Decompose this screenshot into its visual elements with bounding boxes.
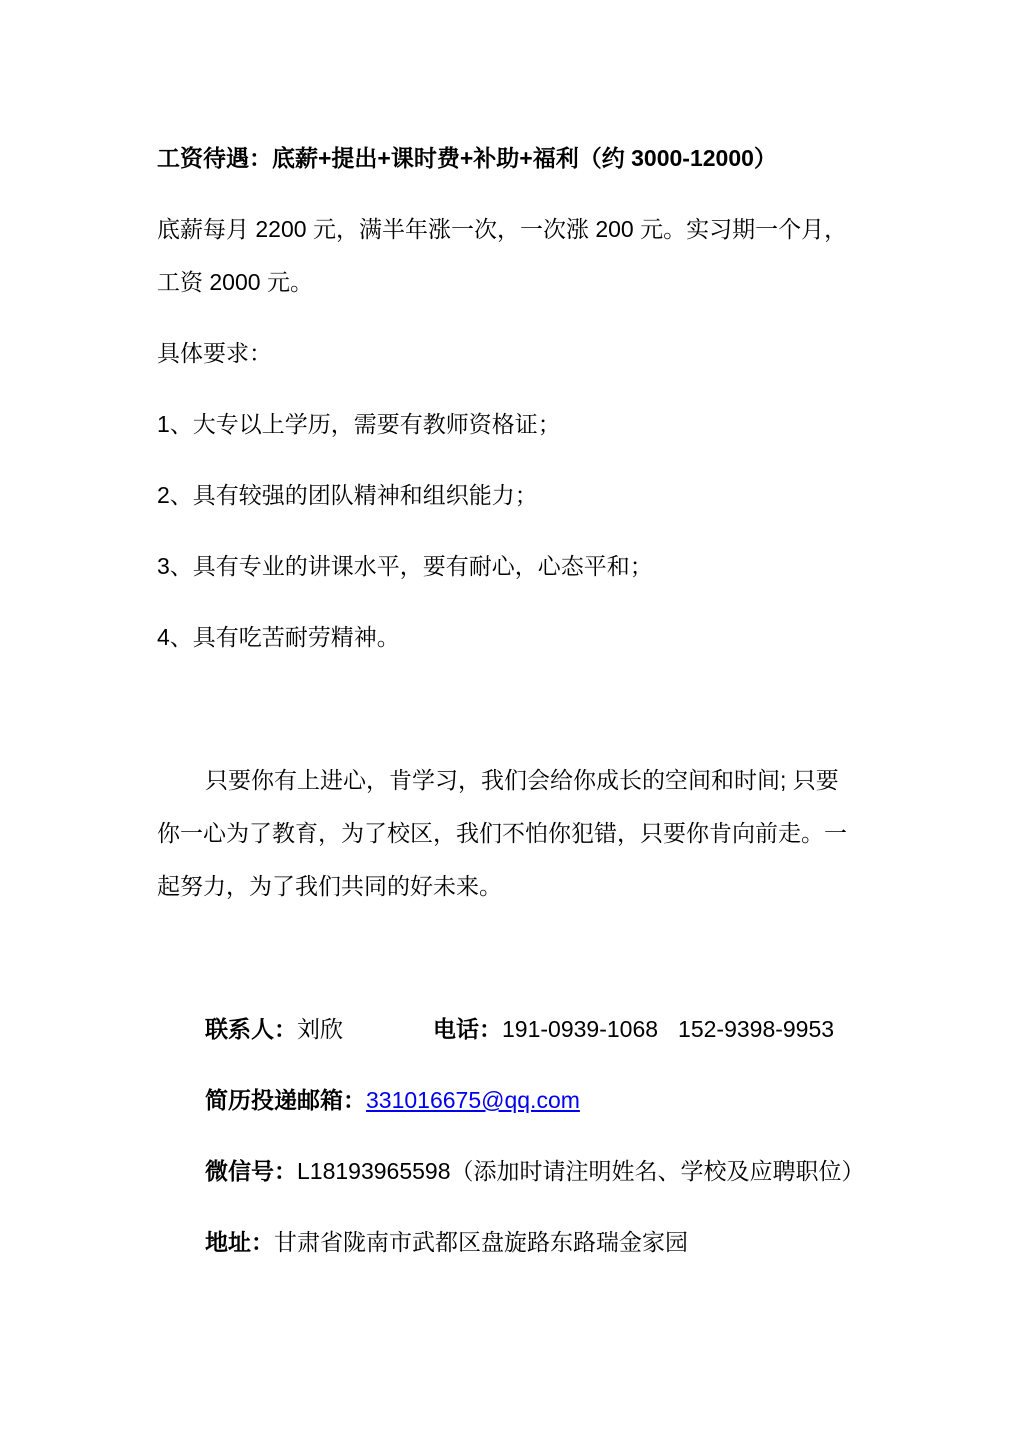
requirement-item-1: 1、大专以上学历，需要有教师资格证； — [157, 398, 894, 451]
contact-person-name: 刘欣 — [297, 1016, 343, 1042]
contact-block: 联系人：刘欣电话：191-0939-1068152-9398-9953 简历投递… — [157, 1003, 894, 1269]
contact-wechat-line: 微信号：L18193965598（添加时请注明姓名、学校及应聘职位） — [205, 1145, 894, 1198]
pitch-line-3: 起努力，为了我们共同的好未来。 — [157, 860, 894, 913]
requirement-item-3: 3、具有专业的讲课水平，要有耐心，心态平和； — [157, 540, 894, 593]
requirement-item-4: 4、具有吃苦耐劳精神。 — [157, 611, 894, 664]
contact-address-line: 地址：甘肃省陇南市武都区盘旋路东路瑞金家园 — [205, 1216, 894, 1269]
email-label: 简历投递邮箱： — [205, 1087, 366, 1113]
empty-paragraph-spacer — [157, 931, 894, 1003]
wechat-id: L18193965598 — [297, 1158, 451, 1184]
empty-paragraph-spacer — [157, 682, 894, 754]
contact-person-label: 联系人： — [205, 1016, 297, 1042]
document-page: 工资待遇：底薪+提出+课时费+补助+福利（约 3000-12000） 底薪每月 … — [0, 0, 1024, 1448]
email-link[interactable]: 331016675@qq.com — [366, 1087, 580, 1113]
wechat-note: （添加时请注明姓名、学校及应聘职位） — [451, 1158, 865, 1184]
phone-number-1: 191-0939-1068 — [502, 1016, 658, 1042]
wechat-label: 微信号： — [205, 1158, 297, 1184]
phone-label: 电话： — [433, 1016, 502, 1042]
salary-paragraph: 底薪每月 2200 元，满半年涨一次，一次涨 200 元。实习期一个月， 工资 … — [157, 203, 894, 309]
contact-email-line: 简历投递邮箱：331016675@qq.com — [205, 1074, 894, 1127]
pitch-line-1: 只要你有上进心，肯学习，我们会给你成长的空间和时间; 只要 — [157, 754, 894, 807]
pitch-line-2: 你一心为了教育，为了校区，我们不怕你犯错，只要你肯向前走。一 — [157, 807, 894, 860]
address-value: 甘肃省陇南市武都区盘旋路东路瑞金家园 — [274, 1229, 688, 1255]
salary-line-1: 底薪每月 2200 元，满半年涨一次，一次涨 200 元。实习期一个月， — [157, 203, 894, 256]
pitch-paragraph: 只要你有上进心，肯学习，我们会给你成长的空间和时间; 只要 你一心为了教育，为了… — [157, 754, 894, 913]
doc-title: 工资待遇：底薪+提出+课时费+补助+福利（约 3000-12000） — [157, 132, 894, 185]
requirements-heading: 具体要求： — [157, 327, 894, 380]
phone-number-2: 152-9398-9953 — [678, 1016, 834, 1042]
address-label: 地址： — [205, 1229, 274, 1255]
requirement-item-2: 2、具有较强的团队精神和组织能力； — [157, 469, 894, 522]
contact-person-line: 联系人：刘欣电话：191-0939-1068152-9398-9953 — [205, 1003, 894, 1056]
salary-line-2: 工资 2000 元。 — [157, 256, 894, 309]
